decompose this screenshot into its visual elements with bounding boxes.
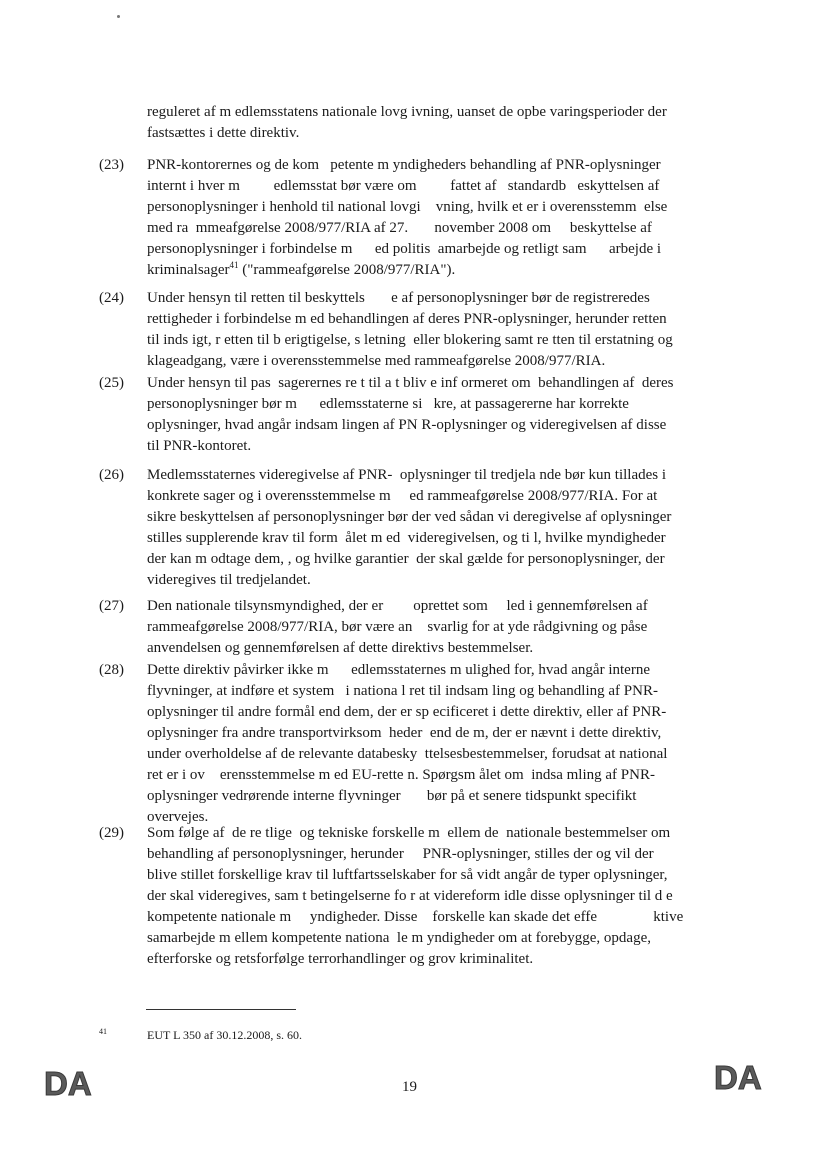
text-line: efterforske og retsforfølge terrorhandli… — [147, 949, 703, 970]
recital-number: (28) — [99, 660, 145, 681]
recital-25: (25) Under hensyn til pas sagerernes re … — [99, 373, 703, 457]
text-line: stilles supplerende krav til form ålet m… — [147, 528, 703, 549]
text-line: behandling af personoplysninger, herunde… — [147, 844, 703, 865]
scan-artifact — [117, 15, 120, 18]
text-line: videregives til tredjelandet. — [147, 570, 703, 591]
recital-text: Som følge af de re tlige og tekniske for… — [147, 823, 703, 970]
text-line: personoplysninger i forbindelse m ed pol… — [147, 239, 703, 260]
text-line: konkrete sager og i overensstemmelse m e… — [147, 486, 703, 507]
text-line: Som følge af de re tlige og tekniske for… — [147, 823, 703, 844]
recital-text: Medlemsstaternes videregivelse af PNR- o… — [147, 465, 703, 591]
recital-23: (23) PNR-kontorernes og de kom petente m… — [99, 155, 703, 281]
recital-number: (24) — [99, 288, 145, 309]
text-line: internt i hver m edlemsstat bør være om … — [147, 176, 703, 197]
text-line: blive stillet forskellige krav til luftf… — [147, 865, 703, 886]
recital-text: Den nationale tilsynsmyndighed, der er o… — [147, 596, 703, 659]
text-line: sikre beskyttelsen af personoplysninger … — [147, 507, 703, 528]
recital-text: Under hensyn til pas sagerernes re t til… — [147, 373, 703, 457]
text-fragment: kriminalsager — [147, 262, 229, 278]
text-line: ret er i ov erensstemmelse m ed EU-rette… — [147, 765, 703, 786]
recital-number: (26) — [99, 465, 145, 486]
language-code-left: DA — [44, 1067, 92, 1100]
text-line: Under hensyn til pas sagerernes re t til… — [147, 373, 703, 394]
recital-number: (23) — [99, 155, 145, 176]
text-line: Under hensyn til retten til beskyttels e… — [147, 288, 703, 309]
text-line: fastsættes i dette direktiv. — [147, 123, 703, 144]
text-line: Den nationale tilsynsmyndighed, der er o… — [147, 596, 703, 617]
recital-text: Under hensyn til retten til beskyttels e… — [147, 288, 703, 372]
text-line: anvendelsen og gennemførelsen af dette d… — [147, 638, 703, 659]
recital-29: (29) Som følge af de re tlige og teknisk… — [99, 823, 703, 970]
text-line: kompetente nationale m yndigheder. Disse… — [147, 907, 703, 928]
text-line: rammeafgørelse 2008/977/RIA, bør være an… — [147, 617, 703, 638]
text-line: flyvninger, at indføre et system i natio… — [147, 681, 703, 702]
text-line: oplysninger til andre formål end dem, de… — [147, 702, 703, 723]
text-line: personoplysninger i henhold til national… — [147, 197, 703, 218]
text-line: klageadgang, være i overensstemmelse med… — [147, 351, 703, 372]
text-line: kriminalsager41 ("rammeafgørelse 2008/97… — [147, 260, 703, 281]
text-line: med ra mmeafgørelse 2008/977/RIA af 27. … — [147, 218, 703, 239]
text-line: under overholdelse af de relevante datab… — [147, 744, 703, 765]
recital-28: (28) Dette direktiv påvirker ikke m edle… — [99, 660, 703, 828]
text-line: personoplysninger bør m edlemsstaterne s… — [147, 394, 703, 415]
recital-27: (27) Den nationale tilsynsmyndighed, der… — [99, 596, 703, 659]
recital-number: (27) — [99, 596, 145, 617]
text-line: der skal videregives, sam t betingelsern… — [147, 886, 703, 907]
text-line: der kan m odtage dem, , og hvilke garant… — [147, 549, 703, 570]
text-line: Dette direktiv påvirker ikke m edlemssta… — [147, 660, 703, 681]
page-number: 19 — [402, 1078, 417, 1096]
footnote-text: EUT L 350 af 30.12.2008, s. 60. — [147, 1028, 302, 1042]
footnote-41: 41 EUT L 350 af 30.12.2008, s. 60. — [99, 1027, 302, 1043]
recital-24: (24) Under hensyn til retten til beskytt… — [99, 288, 703, 372]
recital-number: (29) — [99, 823, 145, 844]
text-line: Medlemsstaternes videregivelse af PNR- o… — [147, 465, 703, 486]
text-line: reguleret af m edlemsstatens nationale l… — [147, 102, 703, 123]
text-fragment: ("rammeafgørelse 2008/977/RIA"). — [238, 262, 455, 278]
footnote-number: 41 — [99, 1024, 107, 1040]
text-line: til PNR-kontoret. — [147, 436, 703, 457]
text-line: rettigheder i forbindelse m ed behandlin… — [147, 309, 703, 330]
recital-text: PNR-kontorernes og de kom petente m yndi… — [147, 155, 703, 281]
recital-text: Dette direktiv påvirker ikke m edlemssta… — [147, 660, 703, 828]
language-code-right: DA — [714, 1061, 762, 1094]
text-line: oplysninger fra andre transportvirksom h… — [147, 723, 703, 744]
recital-26: (26) Medlemsstaternes videregivelse af P… — [99, 465, 703, 591]
text-line: til inds igt, r etten til b erigtigelse,… — [147, 330, 703, 351]
text-line: samarbejde m ellem kompetente nationa le… — [147, 928, 703, 949]
text-line: PNR-kontorernes og de kom petente m yndi… — [147, 155, 703, 176]
footnote-separator — [146, 1009, 296, 1010]
text-line: oplysninger vedrørende interne flyvninge… — [147, 786, 703, 807]
continuation-paragraph: reguleret af m edlemsstatens nationale l… — [147, 102, 703, 144]
recital-number: (25) — [99, 373, 145, 394]
text-line: oplysninger, hvad angår indsam lingen af… — [147, 415, 703, 436]
